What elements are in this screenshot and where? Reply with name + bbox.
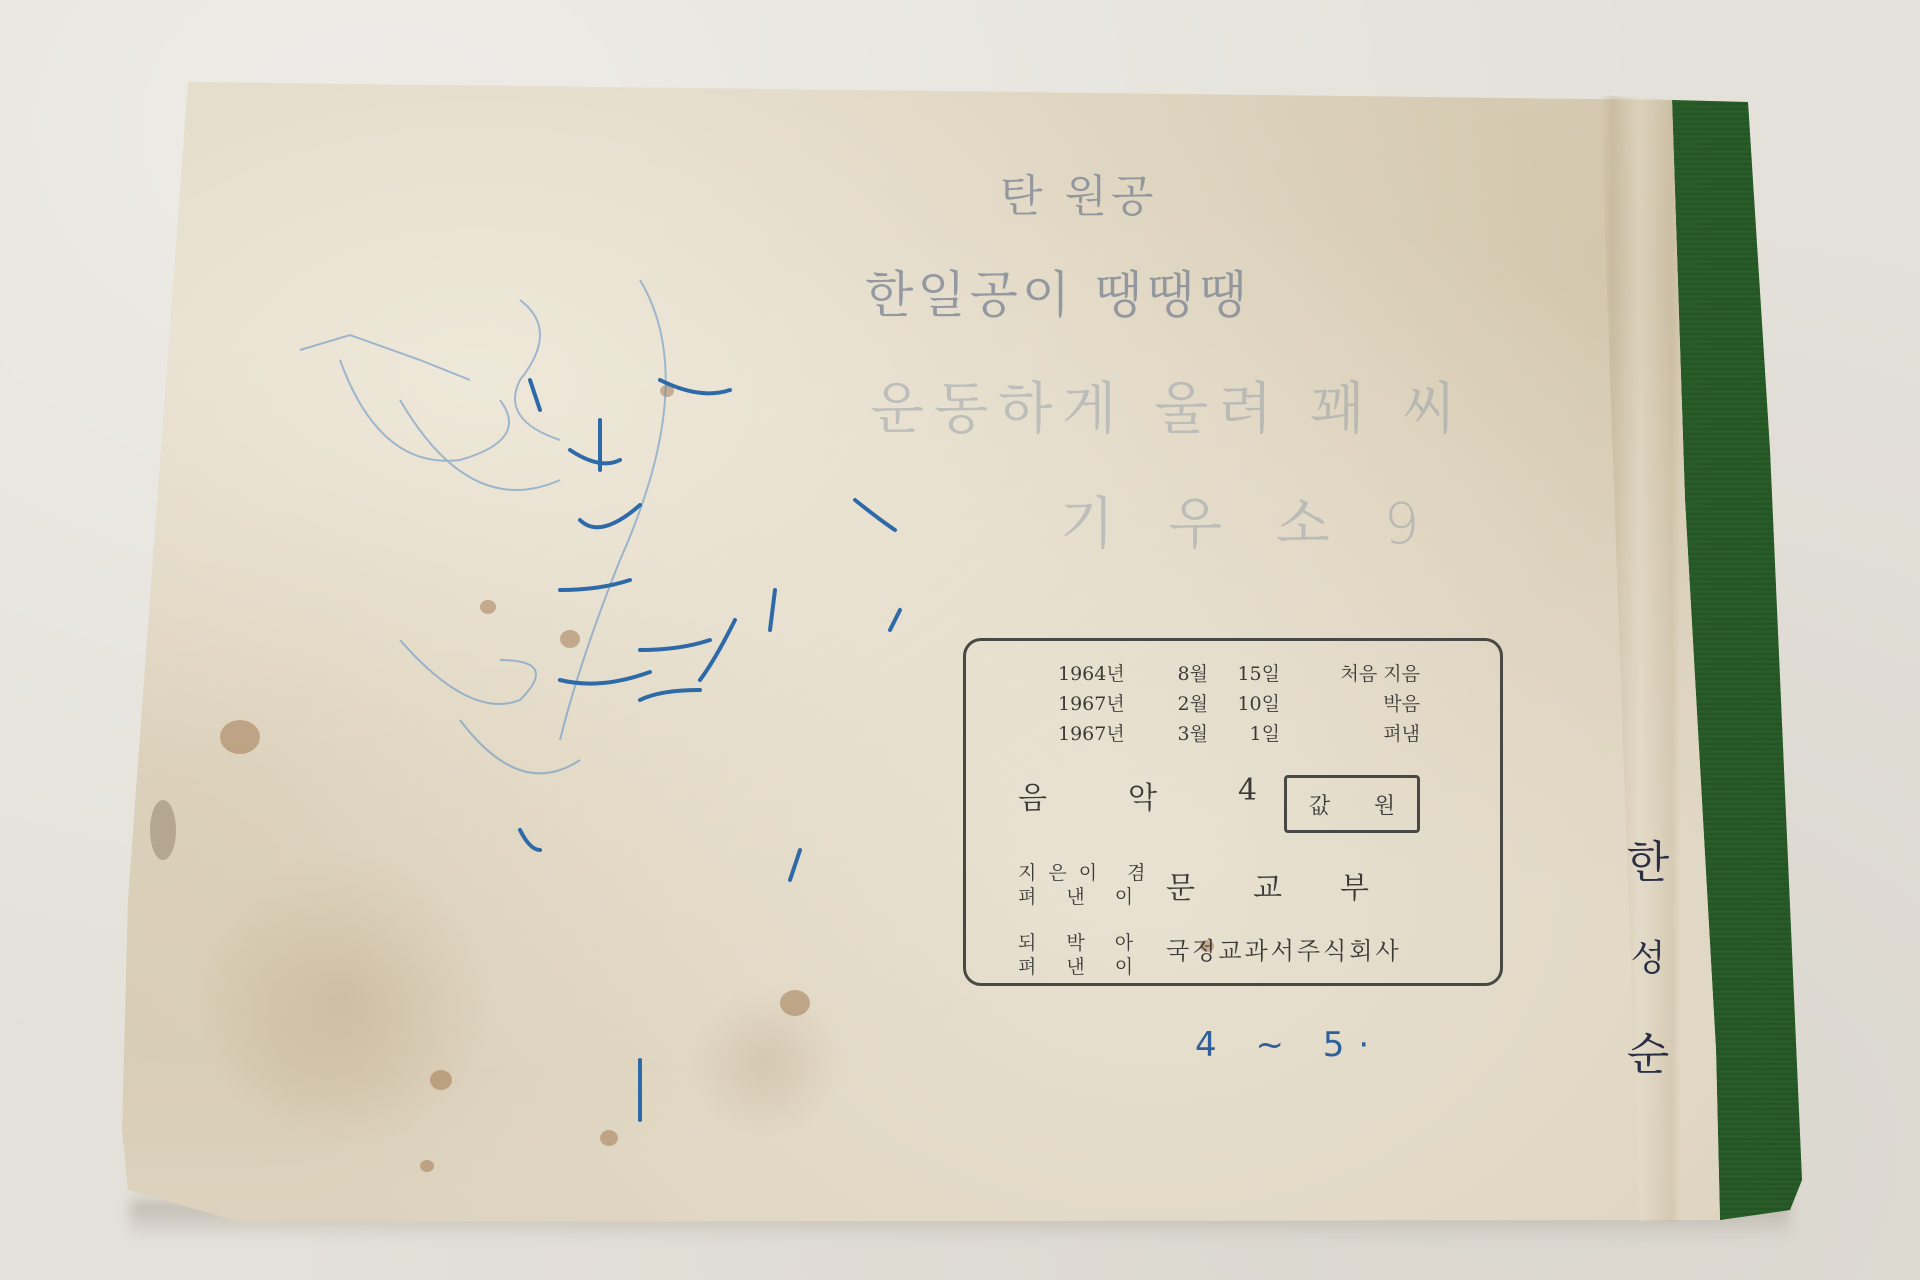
owner-name-vertical: 한 성 순 (1618, 815, 1678, 1103)
stain (420, 1160, 434, 1172)
stain (480, 600, 496, 614)
price-unit: 원 (1374, 789, 1395, 820)
colophon-box: 1964년 8월 15일 처음 지음 1967년 2월 10일 박음 1967년… (963, 638, 1503, 986)
publication-dates: 1964년 8월 15일 처음 지음 1967년 2월 10일 박음 1967년… (1058, 659, 1420, 749)
date-row-first-written: 1964년 8월 15일 처음 지음 (1058, 659, 1420, 689)
stain (150, 800, 176, 860)
printer-publisher-role: 되 박 아 펴 낸 이 (1018, 931, 1145, 979)
stain (220, 720, 260, 754)
printer-publisher-name: 국정교과서주식회사 (1166, 931, 1402, 966)
price-box: 값 원 (1284, 775, 1420, 833)
pencil-note-line-4: 기 우 소 9 (1060, 480, 1437, 560)
pencil-note-line-1: 탄 원공 (1000, 160, 1158, 224)
price-label: 값 (1309, 789, 1330, 820)
stain (430, 1070, 452, 1090)
author-publisher-name: 문교부 (1166, 863, 1427, 907)
stain (600, 1130, 618, 1146)
stain (660, 385, 674, 397)
author-publisher-role: 지은이 겸 펴 낸 이 (1018, 861, 1157, 909)
date-row-published: 1967년 3월 1일 펴냄 (1058, 719, 1420, 749)
pencil-note-line-3: 운동하게 울려 꽤 씨 (870, 365, 1466, 445)
stain (780, 990, 810, 1016)
textbook: 탄 원공 한일공이 땡땡땡 운동하게 울려 꽤 씨 기 우 소 9 (0, 0, 1920, 1280)
date-row-printed: 1967년 2월 10일 박음 (1058, 689, 1420, 719)
stain (560, 630, 580, 648)
page-range-note: 4 ~ 5· (1195, 1025, 1383, 1065)
pencil-note-line-2: 한일공이 땡땡땡 (865, 255, 1251, 327)
